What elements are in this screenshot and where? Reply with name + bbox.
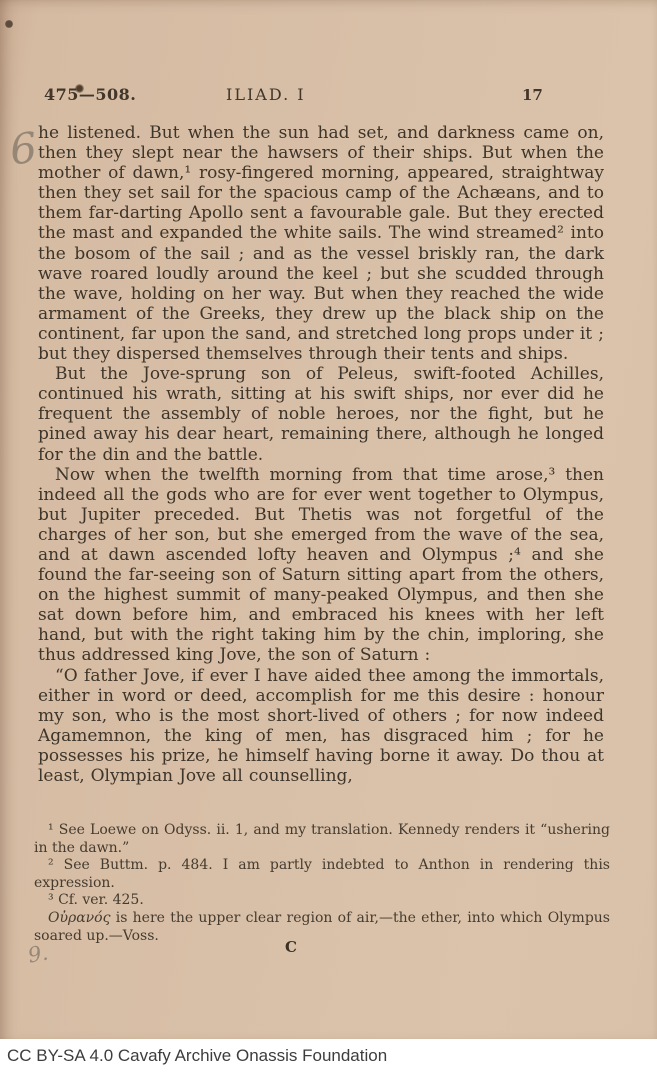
page-header: 475—508. ILIAD. I 17 xyxy=(0,85,657,109)
license-caption-bar: CC BY-SA 4.0 Cavafy Archive Onassis Foun… xyxy=(0,1039,657,1072)
page-number: 17 xyxy=(522,86,543,104)
book-page-scan: 475—508. ILIAD. I 17 6 he listened. But … xyxy=(0,0,657,1039)
footnote: ² See Buttm. p. 484. I am partly indebte… xyxy=(34,857,610,892)
footnote-text: is here the upper clear region of air,—t… xyxy=(34,910,610,944)
footnote: ¹ See Loewe on Odyss. ii. 1, and my tran… xyxy=(34,822,610,857)
footnotes: ¹ See Loewe on Odyss. ii. 1, and my tran… xyxy=(34,822,610,945)
paragraph: But the Jove-sprung son of Peleus, swift… xyxy=(38,364,604,464)
signature-mark: C xyxy=(285,938,297,956)
footnote: ³ Cf. ver. 425. xyxy=(34,892,610,910)
running-title: ILIAD. I xyxy=(226,85,306,104)
pencil-mark-bottom: 9. xyxy=(26,940,50,967)
license-caption-text: CC BY-SA 4.0 Cavafy Archive Onassis Foun… xyxy=(7,1046,387,1066)
paragraph: Now when the twelfth morning from that t… xyxy=(38,465,604,666)
footnote: Οὐρανός is here the upper clear region o… xyxy=(34,910,610,945)
greek-term: Οὐρανός xyxy=(48,910,110,926)
paragraph: “O father Jove, if ever I have aided the… xyxy=(38,666,604,787)
body-text: he listened. But when the sun had set, a… xyxy=(38,123,604,786)
pencil-mark-margin: 6 xyxy=(8,123,40,175)
verse-range: 475—508. xyxy=(44,85,136,104)
ink-speck-icon xyxy=(5,20,13,28)
paragraph: he listened. But when the sun had set, a… xyxy=(38,123,604,364)
